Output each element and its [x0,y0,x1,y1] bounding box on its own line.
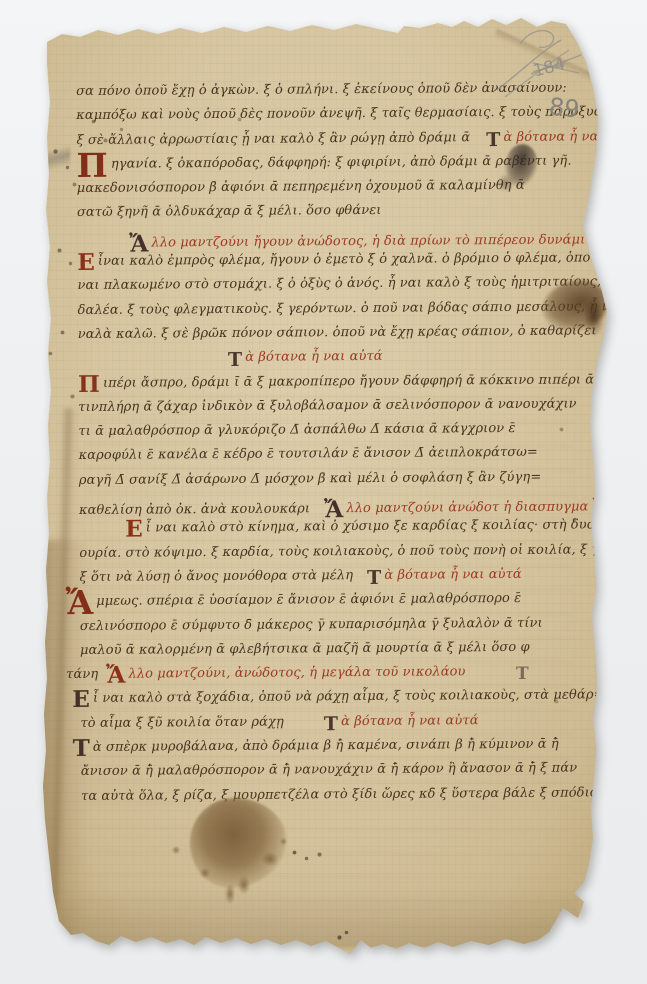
text-line: μαλοῦ ᾱ καλορμένη ᾱ φλεβήτσικα ᾱ μαζῆ ᾱ … [80,635,566,663]
body-text: μμεως. σπέρια ε̄ ὑοσίαμον ε̄ ἄνισον ε̄ ἀ… [96,591,521,609]
text-line: σατῶ ξηνῆ ᾱ ὀλδυκάχαρ ᾱ ξ μέλι. ὅσο φθάν… [77,198,563,226]
text-line: τὸ αἷμα ξ ξῦ κοιλία ὅταν ράχῃΤὰ βότανα ἦ… [80,708,566,736]
text-line: Ἄλλο μαντζούνι ἤγουν ἀνώδοτος, ἡ διὰ πρί… [129,222,563,249]
stain-droplet [280,838,287,845]
body-text: σα πόνο ὁποῦ ἔχῃ ὁ ἀγκὼν. ξ ὁ σπλήνι. ξ … [76,81,567,99]
body-text: ἶ ναι καλὸ στὰ ξοχάδια, ὁποῦ νὰ ράχῃ αἷμ… [93,688,605,707]
text-line: ἄνισον ᾱ ἡ̄ μαλαθρόσπορον ᾱ ἡ̄ νανουχάχι… [81,757,567,785]
text-line: δαλέα. ξ τοὺς φλεγματικοὺς. ξ γερόντων. … [78,295,564,323]
body-text: μακεδονισόσπορον β̄ ἀφιόνι ᾱ πεπηρεμένη … [77,178,525,196]
body-text: δαλέα. ξ τοὺς φλεγματικοὺς. ξ γερόντων. … [78,299,644,318]
body-text: τὸ αἷμα ξ ξῦ κοιλία ὅταν ράχῃ [80,714,283,730]
body-text: ξ ὅτι νὰ λύσῃ ὁ ἄνος μονόθορα στὰ μέλη [79,568,353,585]
body-text: τα αὐτὰ ὅλα, ξ ρίζα, ξ μουρπετζέλα στὸ ξ… [81,785,606,804]
body-text: ὰ σπὲρκ μυροβάλανα, ἀπὸ δράμια β ἡ̄ καμέ… [93,737,559,755]
stain-droplet [262,852,278,866]
text-line: Εἶ ναι καλὸ στὰ ξοχάδια, ὁποῦ νὰ ράχῃ αἷ… [72,684,566,712]
text-block: σα πόνο ὁποῦ ἔχῃ ὁ ἀγκὼν. ξ ὁ σπλήνι. ξ … [76,77,567,809]
stain-droplet [172,846,180,854]
text-line: μακεδονισόσπορον β̄ ἀφιόνι ᾱ πεπηρεμένη … [77,174,563,202]
body-text: σατῶ ξηνῆ ᾱ ὀλδυκάχαρ ᾱ ξ μέλι. ὅσο φθάν… [77,203,382,220]
body-text: ἄνισον ᾱ ἡ̄ μαλαθρόσπορον ᾱ ἡ̄ νανουχάχι… [81,761,577,779]
text-line: Ἄμμεως. σπέρια ε̄ ὑοσίαμον ε̄ ἄνισον ε̄ … [66,587,566,615]
body-text: ραγῆ Δ̄ σανίξ Δ̄ ἀσάρωνο Δ̄ μόσχον β̄ κα… [79,470,542,488]
text-line: τάνηἌλλο μαντζούνι, ἀνώδοτος, ἡ μεγάλα τ… [66,660,566,688]
folio-number-pencil: 89 [548,92,581,123]
body-text: τινπλήρη ᾱ ζάχαρ ἰνδικὸν ᾱ ξυλοβάλσαμον … [78,396,576,414]
body-text: ιπέρι ἄσπρο, δράμι ῑ ᾱ ξ μακροπίπερο ἤγο… [103,372,594,390]
text-line: τινπλήρη ᾱ ζάχαρ ἰνδικὸν ᾱ ξυλοβάλσαμον … [78,392,564,420]
body-text: ξ σὲ ἄλλαις ἀρρωστίαις ᾗ ναι καλὸ ξ ἂν ρ… [76,130,470,148]
body-text: ναλὰ καλῶ. ξ σὲ βρῶκ πόνον σάπιον. ὁποῦ … [78,323,597,342]
text-line: Τὰ σπὲρκ μυροβάλανα, ἀπὸ δράμια β ἡ̄ καμ… [73,733,567,761]
body-text: ηγανία. ξ ὀκαπόροδας, δάφφηρή: ξ φιφιρίν… [111,153,572,171]
text-line: καροφύλι ε̄ κανέλα ε̄ κέδρο ε̄ τουτσιλάν… [79,441,565,469]
parchment-page: σα πόνο ὁποῦ ἔχῃ ὁ ἀγκὼν. ξ ὁ σπλήνι. ξ … [0,0,647,984]
text-line: Εἶναι καλὸ ἐμπρὸς φλέμα, ἤγουν ὁ ἐμετὸ ξ… [77,247,563,275]
text-line: σα πόνο ὁποῦ ἔχῃ ὁ ἀγκὼν. ξ ὁ σπλήνι. ξ … [76,77,562,105]
body-text: καροφύλι ε̄ κανέλα ε̄ κέδρο ε̄ τουτσιλάν… [79,445,538,463]
body-text: ἶ ναι καλὸ στὸ κίνημα, καὶ ὁ χύσιμο ξε κ… [146,518,607,536]
text-line: σελινόσπορο ε̄ σύμφυτο δ̄ μάκερος γ̄ κυπ… [80,611,566,639]
margin-t-mark: Τ [516,664,529,684]
text-line: καθελίση ἀπὸ ὀκ. ἀνὰ κουλουκάριἌλλο μαντ… [79,490,565,518]
text-line: τα αὐτὰ ὅλα, ξ ρίζα, ξ μουρπετζέλα στὸ ξ… [81,781,567,809]
large-stain-blob [190,798,286,888]
stain-droplet [225,884,235,904]
text-line: ναλὰ καλῶ. ξ σὲ βρῶκ πόνον σάπιον. ὁποῦ … [78,320,564,348]
body-text: τι ᾱ μαλαθρόσπορ ᾱ γλυκόριζο Δ̄ ἀσπάλθω … [78,421,515,439]
text-line: ξ ὅτι νὰ λύσῃ ὁ ἄνος μονόθορα στὰ μέληΤὰ… [79,563,565,591]
text-line: Πιπέρι ἄσπρο, δράμι ῑ ᾱ ξ μακροπίπερο ἤγ… [78,368,564,396]
text-line: ουρία. στὸ κόψιμο. ξ καρδία, τοὺς κοιλια… [79,538,565,566]
manuscript-scan: σα πόνο ὁποῦ ἔχῃ ὁ ἀγκὼν. ξ ὁ σπλήνι. ξ … [0,0,647,984]
bottom-grime [60,886,580,948]
ink-speckles [0,0,3,3]
top-left-streak [44,136,70,180]
rubric-text: ὰ βότανα ἦ ναι αὐτά [341,713,479,729]
text-line: Τὰ βότανα ἦ ναι αὐτά [228,344,564,371]
parchment-page-wrap: σα πόνο ὁποῦ ἔχῃ ὁ ἀγκὼν. ξ ὁ σπλήνι. ξ … [0,0,647,984]
body-text: ουρία. στὸ κόψιμο. ξ καρδία, τοὺς κοιλια… [79,542,623,561]
marginal-superscript: γῶ [588,229,601,239]
text-line: καμπόξω καὶ νοὺς ὁποῦ δὲς πονοῦν ἀνεψῆ. … [76,101,562,129]
rubric-text: ὰ βότανα ἦ ναι αὐτά [384,567,522,583]
text-line: ναι πλακωμένο στὸ στομάχι. ξ ὁ ὀξὺς ὁ ἀν… [77,271,563,299]
stain-droplet [200,868,210,878]
marginal-superscript: ⁺χ [591,496,601,506]
rubric-text: ὰ βότανα ἦ ναι αὐτῶ. [503,129,647,145]
body-text: ἶναι καλὸ ἐμπρὸς φλέμα, ἤγουν ὁ ἐμετὸ ξ … [98,250,611,269]
body-text: σελινόσπορο ε̄ σύμφυτο δ̄ μάκερος γ̄ κυπ… [80,615,543,633]
text-line: ξ σὲ ἄλλαις ἀρρωστίαις ᾗ ναι καλὸ ξ ἂν ρ… [76,125,562,153]
rubric-text: λλο μαντζούνι, ἀνώδοτος, ἡ μεγάλα τοῦ νι… [128,664,465,681]
text-line: ραγῆ Δ̄ σανίξ Δ̄ ἀσάρωνο Δ̄ μόσχον β̄ κα… [79,465,565,493]
body-text: τάνη [66,667,98,682]
text-line: τι ᾱ μαλαθρόσπορ ᾱ γλυκόριζο Δ̄ ἀσπάλθω … [78,417,564,445]
rubric-text: ὰ βότανα ἦ ναι αὐτά [245,349,383,365]
stain-droplet [238,876,250,894]
text-line: Πηγανία. ξ ὀκαπόροδας, δάφφηρή: ξ φιφιρί… [77,149,563,177]
text-line: Εἶ ναι καλὸ στὸ κίνημα, καὶ ὁ χύσιμο ξε … [125,514,565,541]
body-text: μαλοῦ ᾱ καλορμένη ᾱ φλεβήτσικα ᾱ μαζῆ ᾱ … [80,640,530,658]
body-text: ναι πλακωμένο στὸ στομάχι. ξ ὁ ὀξὺς ὁ ἀν… [77,274,647,293]
